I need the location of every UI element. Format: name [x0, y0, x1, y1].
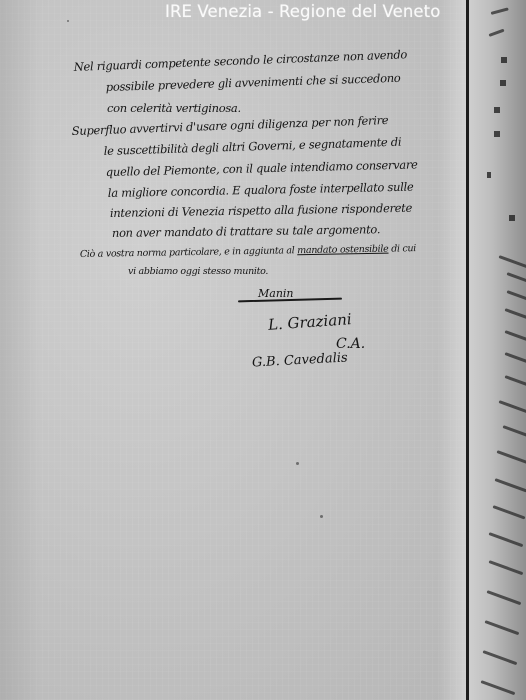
facing-text-fragment — [480, 680, 515, 695]
facing-text-fragment — [494, 131, 500, 137]
facing-text-fragment — [504, 375, 526, 388]
facing-text-fragment — [498, 255, 526, 271]
facing-text-fragment — [498, 400, 526, 414]
postscript-line-1: Ciò a vostra norma particolare, e in agg… — [80, 243, 416, 260]
facing-text-fragment — [488, 560, 523, 575]
body-line-7: la migliore concordia. E qualora foste i… — [108, 180, 414, 200]
facing-text-fragment — [509, 215, 515, 221]
facing-text-fragment — [494, 107, 500, 113]
paper-speck — [67, 20, 69, 22]
body-line-5: le suscettibilità degli altri Governi, e… — [104, 135, 402, 158]
signature-graziani: L. Graziani — [267, 310, 352, 334]
facing-text-fragment — [501, 57, 507, 63]
facing-text-fragment — [506, 272, 526, 285]
archive-watermark: IRE Venezia - Regione del Veneto — [165, 2, 440, 21]
body-line-2: possibile prevedere gli avvenimenti che … — [106, 71, 401, 94]
facing-text-fragment — [504, 330, 526, 343]
facing-text-fragment — [504, 352, 526, 365]
underlined-phrase: mandato ostensibile — [297, 244, 388, 257]
facing-text-fragment — [482, 650, 517, 665]
facing-text-fragment — [494, 478, 526, 492]
postscript-line-2: vi abbiamo oggi stesso munito. — [128, 266, 268, 277]
paper-speck — [296, 462, 299, 465]
letter-page: Nel riguardi competente secondo le circo… — [0, 0, 468, 700]
document-scan: Nel riguardi competente secondo le circo… — [0, 0, 526, 700]
signature-ca: C.A. — [336, 336, 365, 352]
facing-text-fragment — [487, 172, 491, 178]
facing-text-fragment — [492, 505, 525, 519]
facing-text-fragment — [504, 308, 526, 321]
facing-text-fragment — [491, 7, 509, 15]
signature-rule — [238, 298, 342, 303]
facing-text-fragment — [486, 590, 521, 605]
paper-speck — [320, 515, 323, 518]
body-line-3: con celerità vertiginosa. — [107, 101, 241, 115]
facing-text-fragment — [484, 620, 519, 635]
facing-text-fragment — [488, 532, 523, 547]
facing-text-fragment — [502, 425, 526, 438]
signature-cavedalis: G.B. Cavedalis — [252, 351, 348, 371]
facing-text-fragment — [488, 29, 504, 37]
facing-page-edge — [469, 0, 526, 700]
facing-text-fragment — [506, 290, 526, 303]
body-line-4: Superfluo avvertirvi d'usare ogni dilige… — [72, 113, 389, 138]
body-line-9: non aver mandato di trattare su tale arg… — [112, 222, 380, 240]
body-line-6: quello del Piemonte, con il quale intend… — [106, 157, 418, 179]
body-line-8: intenzioni di Venezia rispetto alla fusi… — [110, 201, 412, 220]
facing-text-fragment — [500, 80, 506, 86]
body-line-1: Nel riguardi competente secondo le circo… — [73, 47, 407, 74]
facing-text-fragment — [496, 450, 526, 464]
